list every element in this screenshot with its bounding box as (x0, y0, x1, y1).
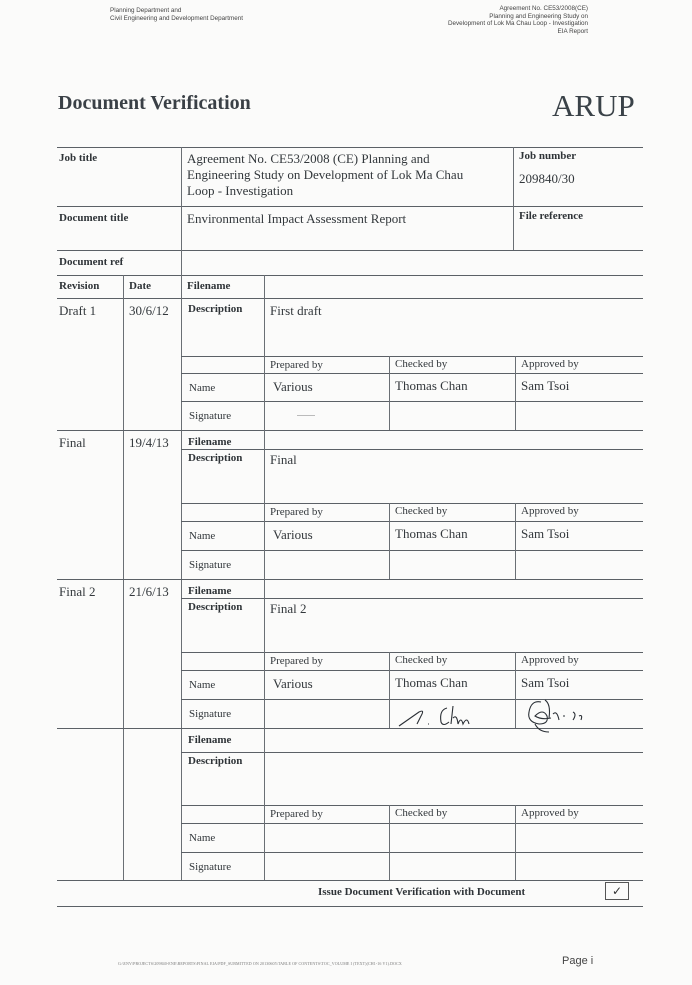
description-value: Final 2 (270, 601, 306, 617)
document-title-label: Document title (59, 212, 128, 224)
checked-name: Thomas Chan (395, 675, 468, 691)
approved-name: Sam Tsoi (521, 378, 569, 394)
job-number-value: 209840/30 (519, 171, 575, 187)
row-divider (181, 373, 643, 374)
description-label: Description (188, 452, 242, 464)
document-ref-label: Document ref (59, 256, 123, 268)
file-reference-label: File reference (519, 210, 583, 222)
row-divider (181, 401, 643, 402)
row-divider (57, 430, 643, 431)
prepared-by-header: Prepared by (270, 359, 323, 371)
prepared-name: Various (273, 527, 313, 543)
prepared-by-header: Prepared by (270, 808, 323, 820)
issue-label: Issue Document Verification with Documen… (318, 886, 525, 898)
row-divider (181, 550, 643, 551)
job-title-line-1: Agreement No. CE53/2008 (CE) Planning an… (187, 151, 463, 167)
row-divider (57, 880, 643, 881)
column-divider (264, 275, 265, 298)
filename-header: Filename (187, 280, 230, 292)
approved-name: Sam Tsoi (521, 526, 569, 542)
revision-value: Final 2 (59, 584, 95, 600)
header-right-line-1: Agreement No. CE53/2008(CE) (448, 5, 588, 13)
description-label: Description (188, 755, 242, 767)
row-divider (181, 503, 643, 504)
table-top-border (57, 147, 643, 148)
prepared-name: Various (273, 676, 313, 692)
document-title-value: Environmental Impact Assessment Report (187, 211, 406, 227)
approved-by-header: Approved by (521, 358, 579, 370)
row-divider (181, 805, 643, 806)
approved-by-header: Approved by (521, 505, 579, 517)
row-divider (57, 579, 643, 580)
name-label: Name (189, 530, 215, 542)
job-title-line-2: Engineering Study on Development of Lok … (187, 167, 463, 183)
issue-checkbox[interactable]: ✓ (605, 882, 629, 900)
checked-name: Thomas Chan (395, 526, 468, 542)
column-divider (264, 728, 265, 880)
approver-signature (517, 694, 617, 734)
name-label: Name (189, 679, 215, 691)
job-title-line-3: Loop - Investigation (187, 183, 463, 199)
header-right-line-2: Planning and Engineering Study on (448, 13, 588, 21)
revision-value: Final (59, 435, 86, 451)
signature-label: Signature (189, 559, 231, 571)
column-divider (515, 503, 516, 579)
revision-value: Draft 1 (59, 303, 96, 319)
description-label: Description (188, 303, 242, 315)
row-divider (181, 670, 643, 671)
row-divider (57, 275, 643, 276)
revision-header: Revision (59, 280, 99, 292)
name-label: Name (189, 832, 215, 844)
file-path: G:\ENV\PROJECTS\209840-ENE\REPORTS\FINAL… (118, 961, 402, 966)
row-divider (181, 521, 643, 522)
date-value: 21/6/13 (129, 584, 169, 600)
column-divider (181, 147, 182, 275)
row-divider (181, 652, 643, 653)
row-divider (181, 449, 643, 450)
column-divider (123, 275, 124, 880)
description-label: Description (188, 601, 242, 613)
column-divider (181, 275, 182, 880)
date-value: 30/6/12 (129, 303, 169, 319)
column-divider (513, 147, 514, 250)
row-divider (181, 356, 643, 357)
date-value: 19/4/13 (129, 435, 169, 451)
column-divider (389, 356, 390, 430)
date-header: Date (129, 280, 151, 292)
prepared-by-header: Prepared by (270, 655, 323, 667)
filename-label: Filename (188, 436, 231, 448)
checked-by-header: Checked by (395, 358, 447, 370)
column-divider (389, 805, 390, 880)
row-divider (181, 752, 643, 753)
column-divider (515, 356, 516, 430)
checked-by-header: Checked by (395, 505, 447, 517)
approved-by-header: Approved by (521, 654, 579, 666)
filename-label: Filename (188, 734, 231, 746)
job-number-label: Job number (519, 150, 576, 162)
checked-by-header: Checked by (395, 654, 447, 666)
signature-label: Signature (189, 861, 231, 873)
column-divider (389, 503, 390, 579)
description-value: Final (270, 452, 297, 468)
row-divider (57, 250, 643, 251)
signature-label: Signature (189, 708, 231, 720)
approved-by-header: Approved by (521, 807, 579, 819)
job-title-label: Job title (59, 152, 97, 164)
row-divider (57, 206, 643, 207)
header-right-line-3: Development of Lok Ma Chau Loop - Invest… (448, 20, 588, 28)
column-divider (264, 579, 265, 728)
header-left-line-1: Planning Department and (110, 7, 243, 15)
column-divider (389, 652, 390, 728)
row-divider (57, 298, 643, 299)
page-title: Document Verification (58, 92, 251, 115)
approved-name: Sam Tsoi (521, 675, 569, 691)
check-icon: ✓ (612, 884, 622, 898)
header-right: Agreement No. CE53/2008(CE) Planning and… (448, 5, 588, 35)
prepared-by-header: Prepared by (270, 506, 323, 518)
signature-mark (297, 415, 315, 416)
header-left-line-2: Civil Engineering and Development Depart… (110, 15, 243, 23)
row-divider (181, 823, 643, 824)
column-divider (264, 298, 265, 430)
description-value: First draft (270, 303, 322, 319)
signature-label: Signature (189, 410, 231, 422)
filename-label: Filename (188, 585, 231, 597)
checked-by-header: Checked by (395, 807, 447, 819)
checked-name: Thomas Chan (395, 378, 468, 394)
column-divider (515, 805, 516, 880)
header-left: Planning Department and Civil Engineerin… (110, 7, 243, 22)
name-label: Name (189, 382, 215, 394)
column-divider (264, 430, 265, 579)
table-bottom-border (57, 906, 643, 907)
row-divider (181, 598, 643, 599)
header-right-line-4: EIA Report (448, 28, 588, 36)
row-divider (181, 852, 643, 853)
page-number: Page i (562, 955, 593, 967)
checker-signature (395, 700, 515, 732)
prepared-name: Various (273, 379, 313, 395)
job-title-value: Agreement No. CE53/2008 (CE) Planning an… (187, 151, 463, 199)
arup-logo: ARUP (552, 88, 635, 124)
column-divider (515, 652, 516, 728)
